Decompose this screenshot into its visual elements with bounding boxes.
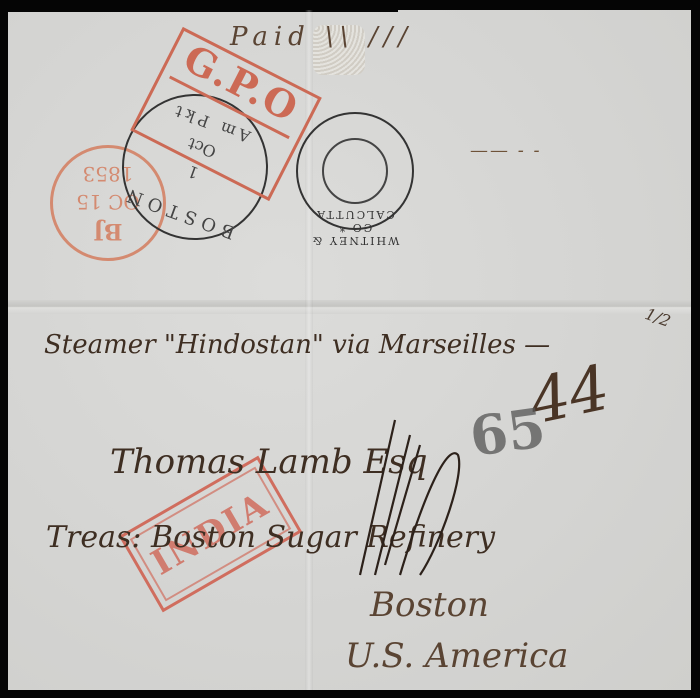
- forwarder-inner-ring: [322, 138, 388, 204]
- whitney-calcutta-forwarder-handstamp: WHITNEY & CO * CALCUTTA: [296, 112, 414, 230]
- routing-endorsement: Steamer "Hindostan" via Marseilles —: [44, 330, 550, 360]
- address-country: U.S. America: [345, 636, 568, 676]
- address-city: Boston: [370, 585, 489, 625]
- handstamp-rate-65: 65: [466, 395, 549, 469]
- manuscript-strike-mark: [340, 415, 470, 585]
- forwarder-text: WHITNEY & CO * CALCUTTA: [298, 208, 412, 247]
- top-manuscript-marking: Paid \\ ///: [230, 22, 413, 52]
- horizontal-fold-line: [8, 300, 691, 314]
- torn-top-edge: [8, 0, 398, 12]
- top-right-manuscript-marking: —— - -: [470, 140, 542, 161]
